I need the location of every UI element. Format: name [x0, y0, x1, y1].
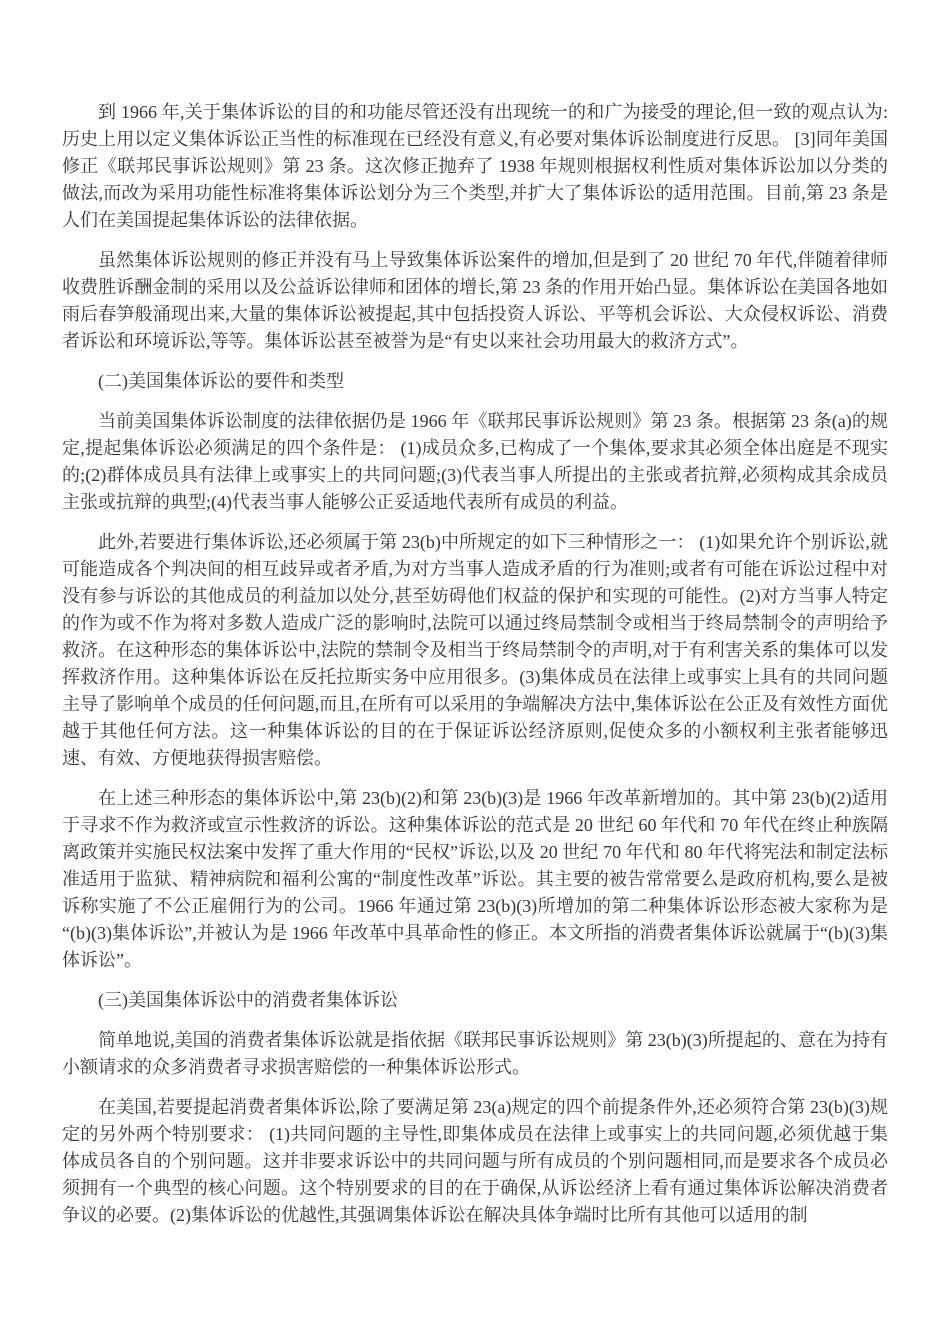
- section-heading-consumer-class-action: (三)美国集体诉讼中的消费者集体诉讼: [62, 987, 888, 1014]
- paragraph-intro-1966: 到 1966 年,关于集体诉讼的目的和功能尽管还没有出现统一的和广为接受的理论,…: [62, 99, 888, 234]
- document-page: 到 1966 年,关于集体诉讼的目的和功能尽管还没有出现统一的和广为接受的理论,…: [0, 0, 950, 1344]
- paragraph-rule23-effect: 虽然集体诉讼规则的修正并没有马上导致集体诉讼案件的增加,但是到了 20 世纪 7…: [62, 247, 888, 355]
- section-heading-requirements-types: (二)美国集体诉讼的要件和类型: [62, 368, 888, 395]
- paragraph-consumer-definition: 简单地说,美国的消费者集体诉讼就是指依据《联邦民事诉讼规则》第 23(b)(3)…: [62, 1027, 888, 1081]
- paragraph-rule23b-situations: 此外,若要进行集体诉讼,还必须属于第 23(b)中所规定的如下三种情形之一： (…: [62, 529, 888, 772]
- paragraph-rule23a-conditions: 当前美国集体诉讼制度的法律依据仍是 1966 年《联邦民事诉讼规则》第 23 条…: [62, 408, 888, 516]
- paragraph-special-requirements: 在美国,若要提起消费者集体诉讼,除了要满足第 23(a)规定的四个前提条件外,还…: [62, 1094, 888, 1229]
- paragraph-b2-b3-history: 在上述三种形态的集体诉讼中,第 23(b)(2)和第 23(b)(3)是 196…: [62, 785, 888, 974]
